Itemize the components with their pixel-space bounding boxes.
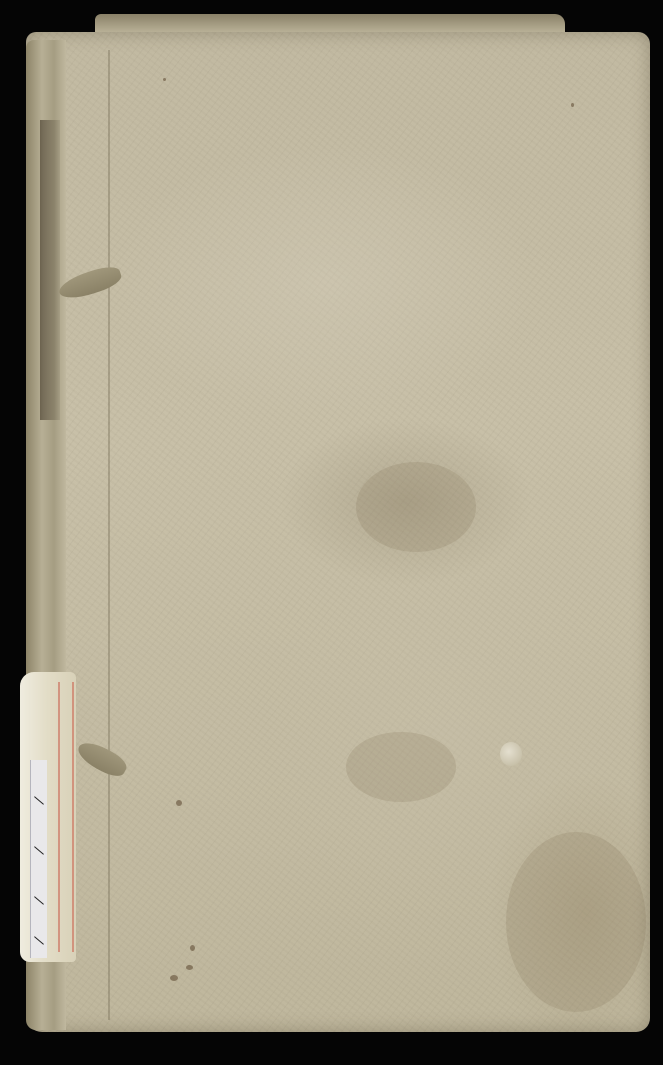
spot [163,78,166,81]
book-cover [26,32,650,1032]
spot [571,103,574,107]
label-rule [72,682,74,952]
stain [346,732,456,802]
spot [186,965,193,970]
spot [170,975,178,981]
card-mark [34,796,44,804]
stain [356,462,476,552]
spine-shadow [40,120,60,420]
card-mark [34,936,44,944]
spot [190,945,195,951]
catalog-card [30,760,47,958]
stain [506,832,646,1012]
card-mark [34,896,44,904]
hinge-line [108,50,110,1020]
paper-blister [500,742,522,766]
shelf-label-strip [20,672,76,962]
label-rule [58,682,60,952]
spot [176,800,182,806]
card-mark [34,846,44,854]
book-photo [0,0,663,1065]
